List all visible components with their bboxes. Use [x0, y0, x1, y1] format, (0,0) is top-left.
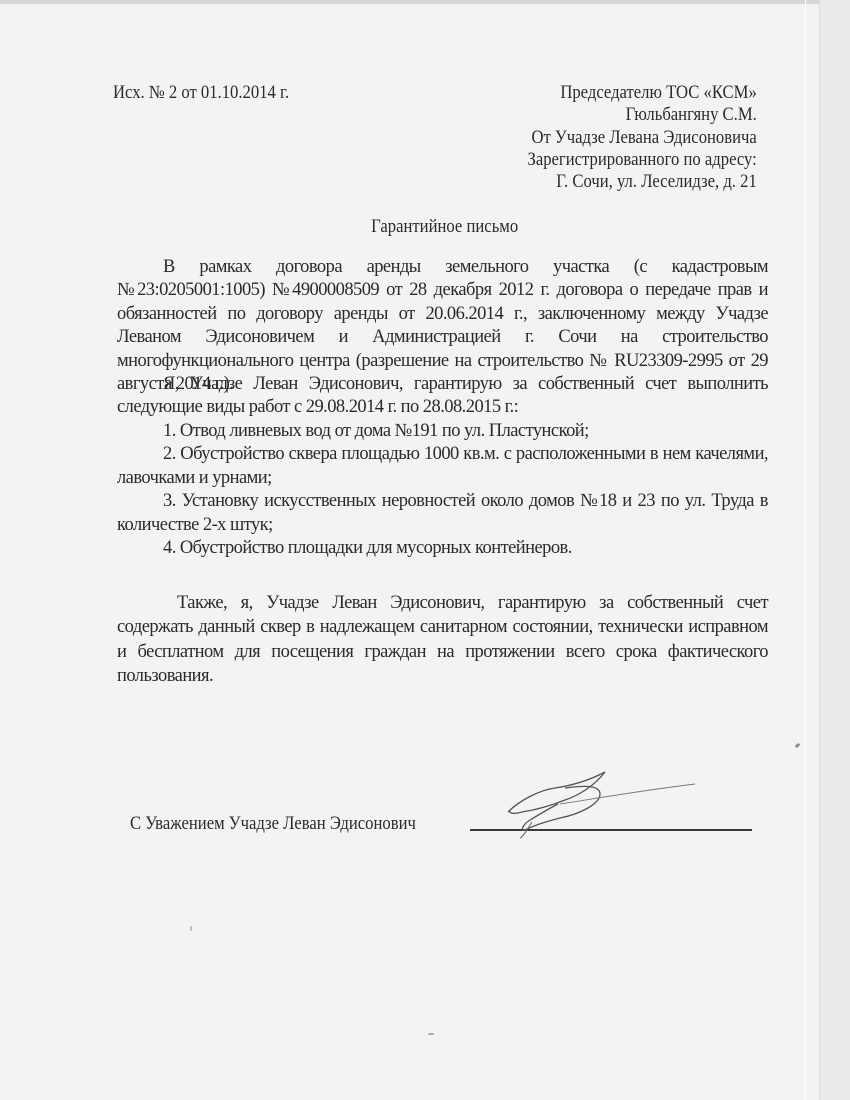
guarantee-paragraph: Я, Учадзе Леван Эдисонович, гарантирую з…	[117, 373, 768, 420]
addressee-line: От Учадзе Левана Эдисоновича	[528, 127, 757, 149]
scan-speck	[428, 1033, 434, 1035]
works-item: 3. Установку искусственных неровностей о…	[117, 490, 768, 537]
addressee-block: Председателю ТОС «КСМ» Гюльбангяну С.М. …	[502, 82, 757, 193]
addressee-line: Гюльбангяну С.М.	[528, 104, 757, 126]
addressee-line: Г. Сочи, ул. Леселидзе, д. 21	[528, 171, 757, 193]
maintenance-paragraph: Также, я, Учадзе Леван Эдисонович, гаран…	[117, 591, 768, 688]
handwritten-signature	[480, 770, 700, 840]
outgoing-reference: Исх. № 2 от 01.10.2014 г.	[113, 82, 309, 104]
scan-speck	[795, 743, 801, 749]
works-item: 4. Обустройство площадки для мусорных ко…	[117, 537, 768, 560]
addressee-line: Зарегистрированного по адресу:	[528, 149, 757, 171]
works-list: 1. Отвод ливневых вод от дома №191 по ул…	[117, 420, 768, 560]
closing-line: С Уважением Учадзе Леван Эдисонович	[130, 814, 448, 835]
letter-page: Исх. № 2 от 01.10.2014 г. Председателю Т…	[0, 0, 850, 1100]
works-item: 1. Отвод ливневых вод от дома №191 по ул…	[117, 420, 768, 443]
works-item: 2. Обустройство сквера площадью 1000 кв.…	[117, 443, 768, 490]
scan-speck	[190, 926, 192, 931]
letter-title: Гарантийное письмо	[0, 217, 850, 238]
addressee-line: Председателю ТОС «КСМ»	[528, 82, 757, 104]
